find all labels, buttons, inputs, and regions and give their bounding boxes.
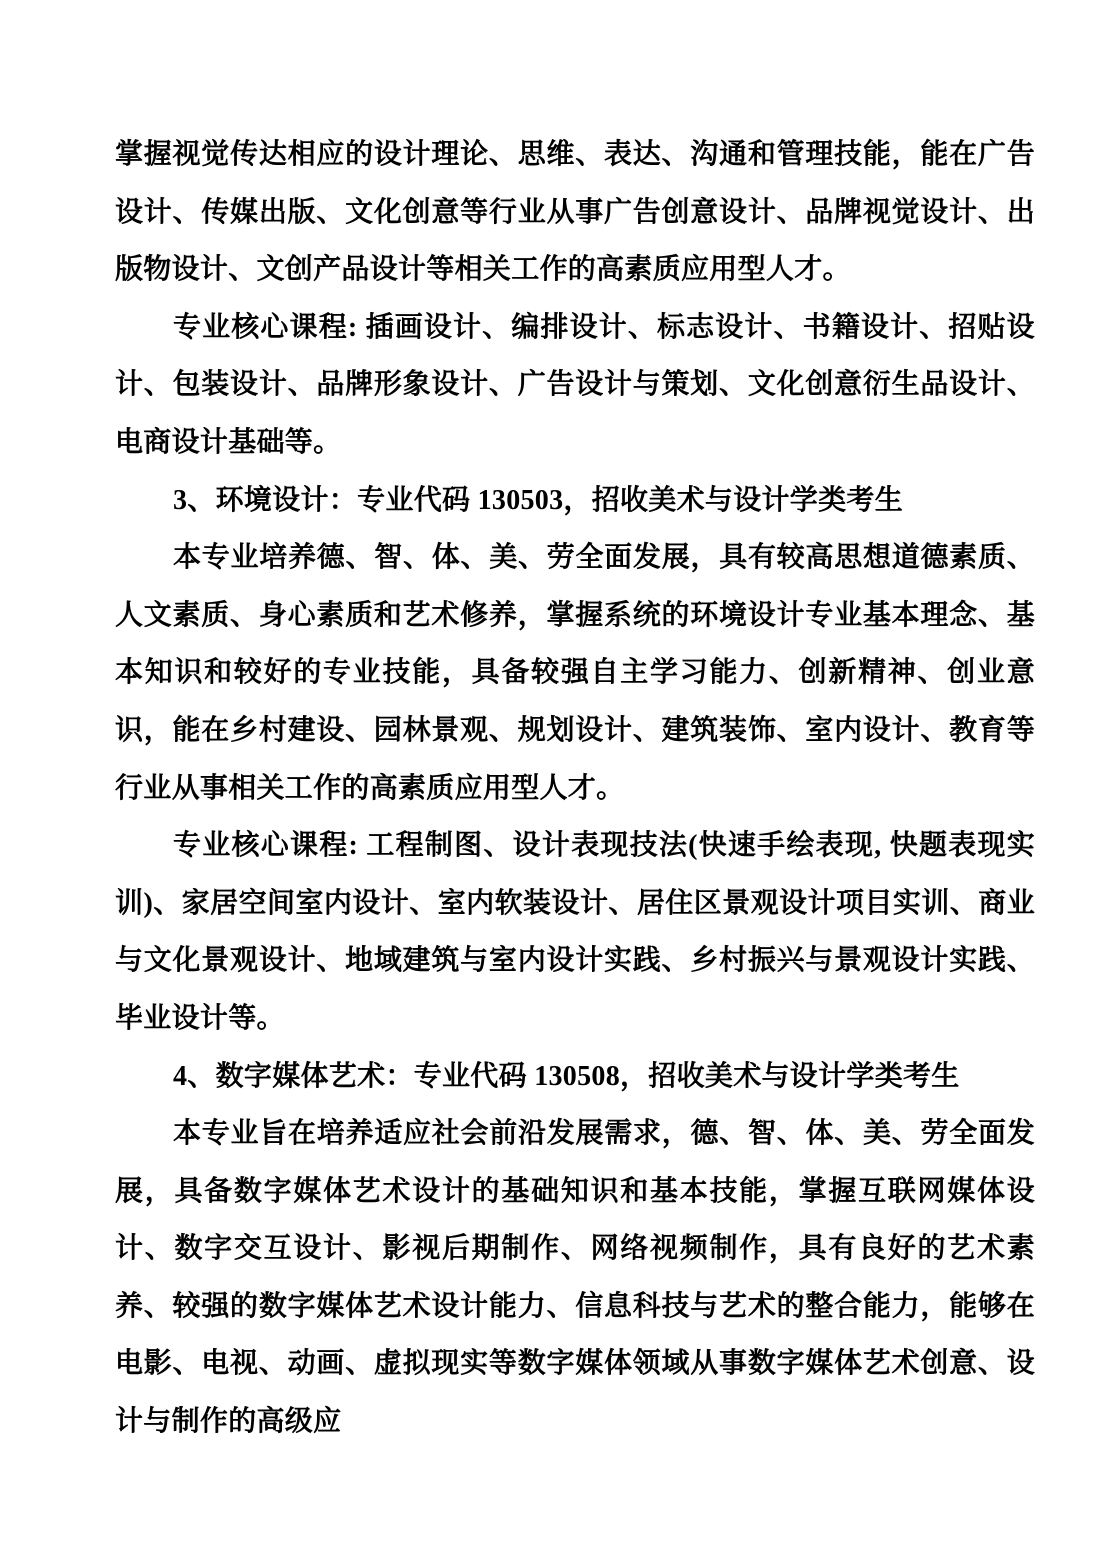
heading-digital-media-art: 4、数字媒体艺术：专业代码 130508，招收美术与设计学类考生 <box>115 1048 1035 1106</box>
page-body: 掌握视觉传达相应的设计理论、思维、表达、沟通和管理技能，能在广告设计、传媒出版、… <box>115 126 1035 1451</box>
paragraph-visual-communication-core-courses: 专业核心课程: 插画设计、编排设计、标志设计、书籍设计、招贴设计、包装设计、品牌… <box>115 299 1035 472</box>
paragraph-environment-design-training: 本专业培养德、智、体、美、劳全面发展，具有较高思想道德素质、人文素质、身心素质和… <box>115 529 1035 817</box>
paragraph-visual-communication-training-continued: 掌握视觉传达相应的设计理论、思维、表达、沟通和管理技能，能在广告设计、传媒出版、… <box>115 126 1035 299</box>
paragraph-digital-media-art-training: 本专业旨在培养适应社会前沿发展需求，德、智、体、美、劳全面发展，具备数字媒体艺术… <box>115 1105 1035 1451</box>
heading-environment-design: 3、环境设计：专业代码 130503，招收美术与设计学类考生 <box>115 472 1035 530</box>
paragraph-environment-design-core-courses: 专业核心课程: 工程制图、设计表现技法(快速手绘表现, 快题表现实训)、家居空间… <box>115 817 1035 1047</box>
document-page: 掌握视觉传达相应的设计理论、思维、表达、沟通和管理技能，能在广告设计、传媒出版、… <box>0 0 1102 1559</box>
